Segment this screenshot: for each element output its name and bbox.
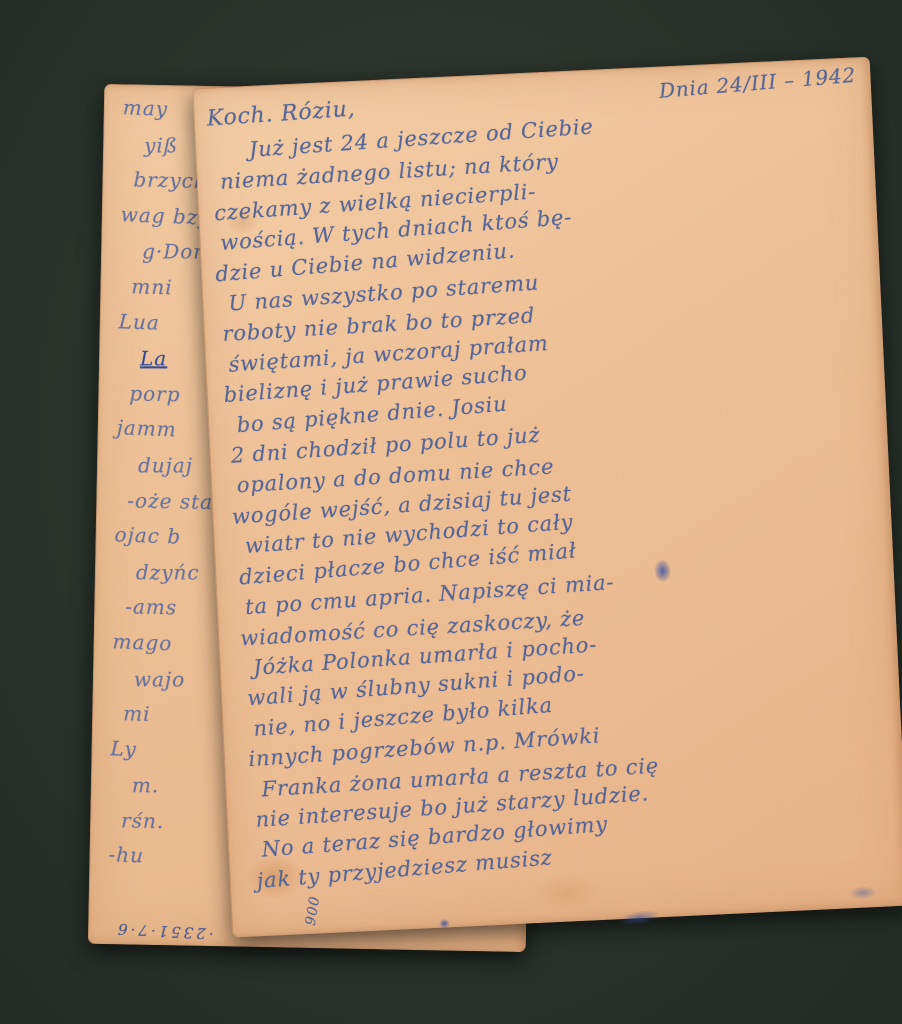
letter-writing: Koch. Róziu, Już jest 24 a jeszcze od Ci… [204,60,902,897]
back-page-fragment: ojac b [114,517,221,556]
back-page-fragment: Ly [110,731,217,770]
back-page-fragment: jamm [116,411,223,450]
back-page-fragment: wajo [134,662,218,698]
letter-body: Już jest 24 a jeszcze od Ciebie niema ża… [206,94,902,897]
back-page-fragment: -hu [108,838,215,877]
inverted-digits-note: ·2351·7·6 [115,920,214,943]
back-page-fragment: -ams [125,590,219,627]
margin-number-note: 900 [303,895,324,927]
letter-front-page: Dnia 24/III – 1942 Koch. Róziu, Już jest… [192,57,902,938]
back-page-fragment: dzyńc [136,555,220,591]
back-page-fragment: mi [123,696,217,733]
ink-smudge [850,886,877,899]
ink-smudge [439,918,450,929]
paper-stain [531,871,603,914]
back-page-fragment: m. [132,769,216,805]
back-page-fragment: -oże sta- [127,483,221,520]
back-page-fragment: rśn. [121,803,215,840]
ink-smudge [618,908,660,928]
photo-background: may yiß brzych wag bzy g·Dom mni Lua La … [0,0,902,1024]
back-page-fragment: mago [112,624,219,663]
